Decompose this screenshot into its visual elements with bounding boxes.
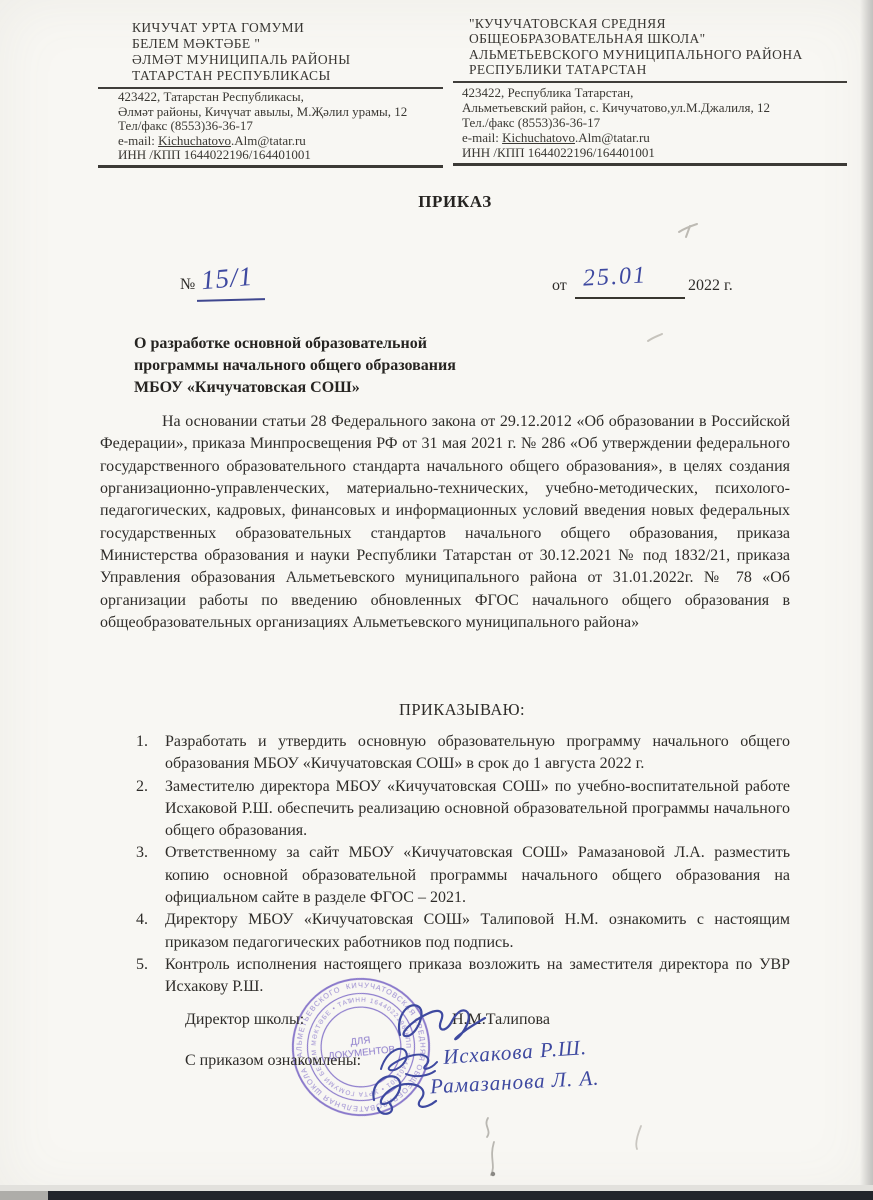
- subject-line: программы начального общего образования: [134, 355, 564, 377]
- subject-line: МБОУ «Кичучатовская СОШ»: [134, 377, 564, 399]
- item-number: 5.: [136, 954, 148, 976]
- scan-edge-strip-left: [0, 1191, 48, 1200]
- item-number: 2.: [136, 776, 148, 798]
- org-name-line: "КУЧУЧАТОВСКАЯ СРЕДНЯЯ: [469, 16, 847, 31]
- org-name-line: РЕСПУБЛИКИ ТАТАРСТАН: [469, 62, 847, 77]
- item-text: Контроль исполнения настоящего приказа в…: [165, 956, 790, 995]
- contact-line: Әлмәт районы, Кичүчат авылы, М.Җәлил ура…: [118, 105, 443, 119]
- order-subject: О разработке основной образовательной пр…: [134, 333, 564, 398]
- divider-line: [453, 163, 847, 166]
- item-text: Ответственному за сайт МБОУ «Кичучатовск…: [165, 844, 790, 906]
- email-label: e-mail:: [118, 133, 158, 148]
- order-item: 5.Контроль исполнения настоящего приказа…: [136, 954, 790, 999]
- letterhead-left: КИЧУЧАТ УРТА ГОМУМИ БЕЛЕМ МӘКТӘБЕ " ӘЛМӘ…: [98, 0, 443, 168]
- date-year: 2022 г.: [688, 277, 733, 295]
- item-number: 4.: [136, 909, 148, 931]
- email-label: e-mail:: [462, 130, 502, 145]
- org-name-line: АЛЬМЕТЬЕВСКОГО МУНИЦИПАЛЬНОГО РАЙОНА: [469, 47, 847, 62]
- contact-line: Тел./факс (8553)36-36-17: [462, 115, 847, 130]
- contact-line-email: e-mail: Kichuchatovo.Alm@tatar.ru: [462, 130, 847, 145]
- pencil-mark-artifact: [630, 1124, 646, 1152]
- email-rest: .Alm@tatar.ru: [231, 133, 306, 148]
- order-number-label: №: [180, 276, 195, 294]
- date-underline: [575, 297, 685, 299]
- resolution-heading: ПРИКАЗЫВАЮ:: [100, 700, 824, 720]
- letterhead-left-org-name: КИЧУЧАТ УРТА ГОМУМИ БЕЛЕМ МӘКТӘБЕ " ӘЛМӘ…: [98, 0, 443, 84]
- order-preamble: На основании статьи 28 Федерального зако…: [100, 411, 790, 634]
- director-signature: [392, 995, 492, 1047]
- contact-line-inn: ИНН /КПП 1644022196/164401001: [462, 145, 847, 160]
- order-item: 4.Директору МБОУ «Кичучатовская СОШ» Тал…: [136, 909, 790, 954]
- date-label: от: [552, 277, 567, 295]
- item-text: Директору МБОУ «Кичучатовская СОШ» Талип…: [165, 911, 790, 950]
- order-item: 1.Разработать и утвердить основную образ…: [136, 731, 790, 776]
- order-items-list: 1.Разработать и утвердить основную образ…: [136, 731, 790, 999]
- contact-line: 423422, Республика Татарстан,: [462, 85, 847, 100]
- subject-line: О разработке основной образовательной: [134, 333, 564, 355]
- ack-name-2-handwritten: Рамазанова Л. А.: [429, 1066, 600, 1100]
- order-number-handwritten: 15/1: [200, 261, 255, 296]
- item-text: Заместителю директора МБОУ «Кичучатовска…: [165, 778, 790, 840]
- email-link: Kichuchatovo: [158, 133, 231, 148]
- contact-line: Тел/факс (8553)36-36-17: [118, 119, 443, 133]
- letterhead-left-contacts: 423422, Татарстан Республикасы, Әлмәт ра…: [98, 89, 443, 162]
- order-item: 3.Ответственному за сайт МБОУ «Кичучатов…: [136, 842, 790, 909]
- org-name-line: КИЧУЧАТ УРТА ГОМУМИ: [132, 20, 443, 36]
- director-label: Директор школы:: [185, 1011, 304, 1029]
- item-number: 1.: [136, 731, 148, 753]
- letterhead-right-contacts: 423422, Республика Татарстан, Альметьевс…: [453, 83, 847, 160]
- org-name-line: ӘЛМӘТ МУНИЦИПАЛЬ РАЙОНЫ: [132, 52, 443, 68]
- item-text: Разработать и утвердить основную образов…: [165, 733, 790, 772]
- email-rest: .Alm@tatar.ru: [575, 130, 650, 145]
- date-handwritten: 25.01: [582, 262, 647, 292]
- item-number: 3.: [136, 842, 148, 864]
- org-name-line: ОБЩЕОБРАЗОВАТЕЛЬНАЯ ШКОЛА": [469, 31, 847, 46]
- email-link: Kichuchatovo: [502, 130, 575, 145]
- order-number-underline: [197, 298, 265, 302]
- document-title: ПРИКАЗ: [100, 192, 810, 212]
- contact-line-inn: ИНН /КПП 1644022196/164401001: [118, 148, 443, 162]
- order-item: 2.Заместителю директора МБОУ «Кичучатовс…: [136, 776, 790, 843]
- pencil-mark-artifact: [676, 220, 700, 242]
- acknowledged-label: С приказом ознакомлены:: [185, 1052, 361, 1070]
- scan-edge-strip-dark: [48, 1191, 873, 1200]
- divider-line: [98, 165, 443, 168]
- contact-line: Альметьевский район, с. Кичучатово,ул.М.…: [462, 100, 847, 115]
- scan-edge-shadow-right: [860, 0, 873, 1200]
- letterhead-right-org-name: "КУЧУЧАТОВСКАЯ СРЕДНЯЯ ОБЩЕОБРАЗОВАТЕЛЬН…: [453, 0, 847, 78]
- contact-line-email: e-mail: Kichuchatovo.Alm@tatar.ru: [118, 134, 443, 148]
- org-name-line: БЕЛЕМ МӘКТӘБЕ ": [132, 36, 443, 52]
- org-name-line: ТАТАРСТАН РЕСПУБЛИКАСЫ: [132, 68, 443, 84]
- pencil-mark-artifact: [646, 330, 664, 346]
- contact-line: 423422, Татарстан Республикасы,: [118, 90, 443, 104]
- scanned-order-document: КИЧУЧАТ УРТА ГОМУМИ БЕЛЕМ МӘКТӘБЕ " ӘЛМӘ…: [0, 0, 873, 1200]
- pencil-scribble-artifact: [476, 1112, 508, 1184]
- letterhead-right: "КУЧУЧАТОВСКАЯ СРЕДНЯЯ ОБЩЕОБРАЗОВАТЕЛЬН…: [453, 0, 847, 166]
